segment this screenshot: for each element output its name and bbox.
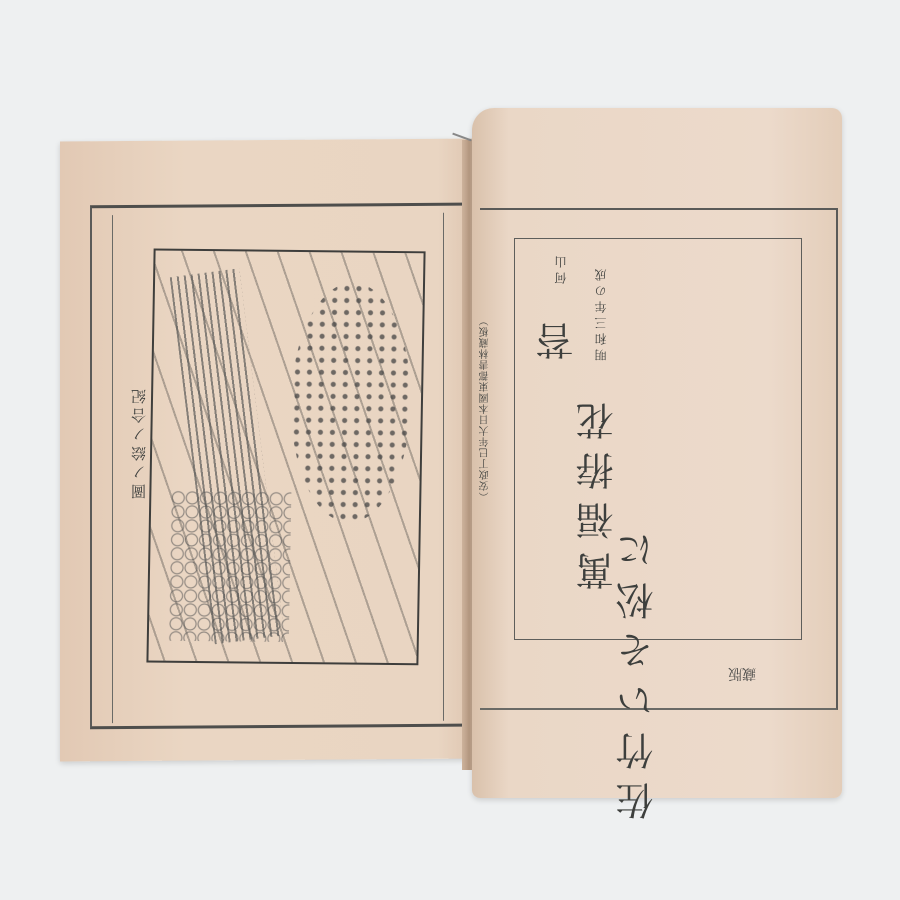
left-page <box>60 139 480 762</box>
subtitle-column-1: 明和三年の成 <box>592 265 609 361</box>
title-column-2: 萬福拵花 <box>570 390 625 590</box>
tree-foliage <box>289 282 413 523</box>
illustration-caption: 圖ノ絵ノ合紀 <box>128 385 149 499</box>
stone-wall <box>169 491 292 642</box>
publisher-seal: 藏版 <box>728 664 756 684</box>
subtitle-column-2: 何山 <box>552 252 569 284</box>
gutter-note: （安政丁巳年大日本國東都書林蔵板） <box>478 315 493 502</box>
title-column-3: 苔 <box>530 310 585 360</box>
woodblock-illustration <box>146 248 425 665</box>
book-photo: 圖ノ絵ノ合紀 （安政丁巳年大日本國東都書林蔵板） 佐竹いそ松に 萬福拵花 苔 明… <box>0 0 900 900</box>
